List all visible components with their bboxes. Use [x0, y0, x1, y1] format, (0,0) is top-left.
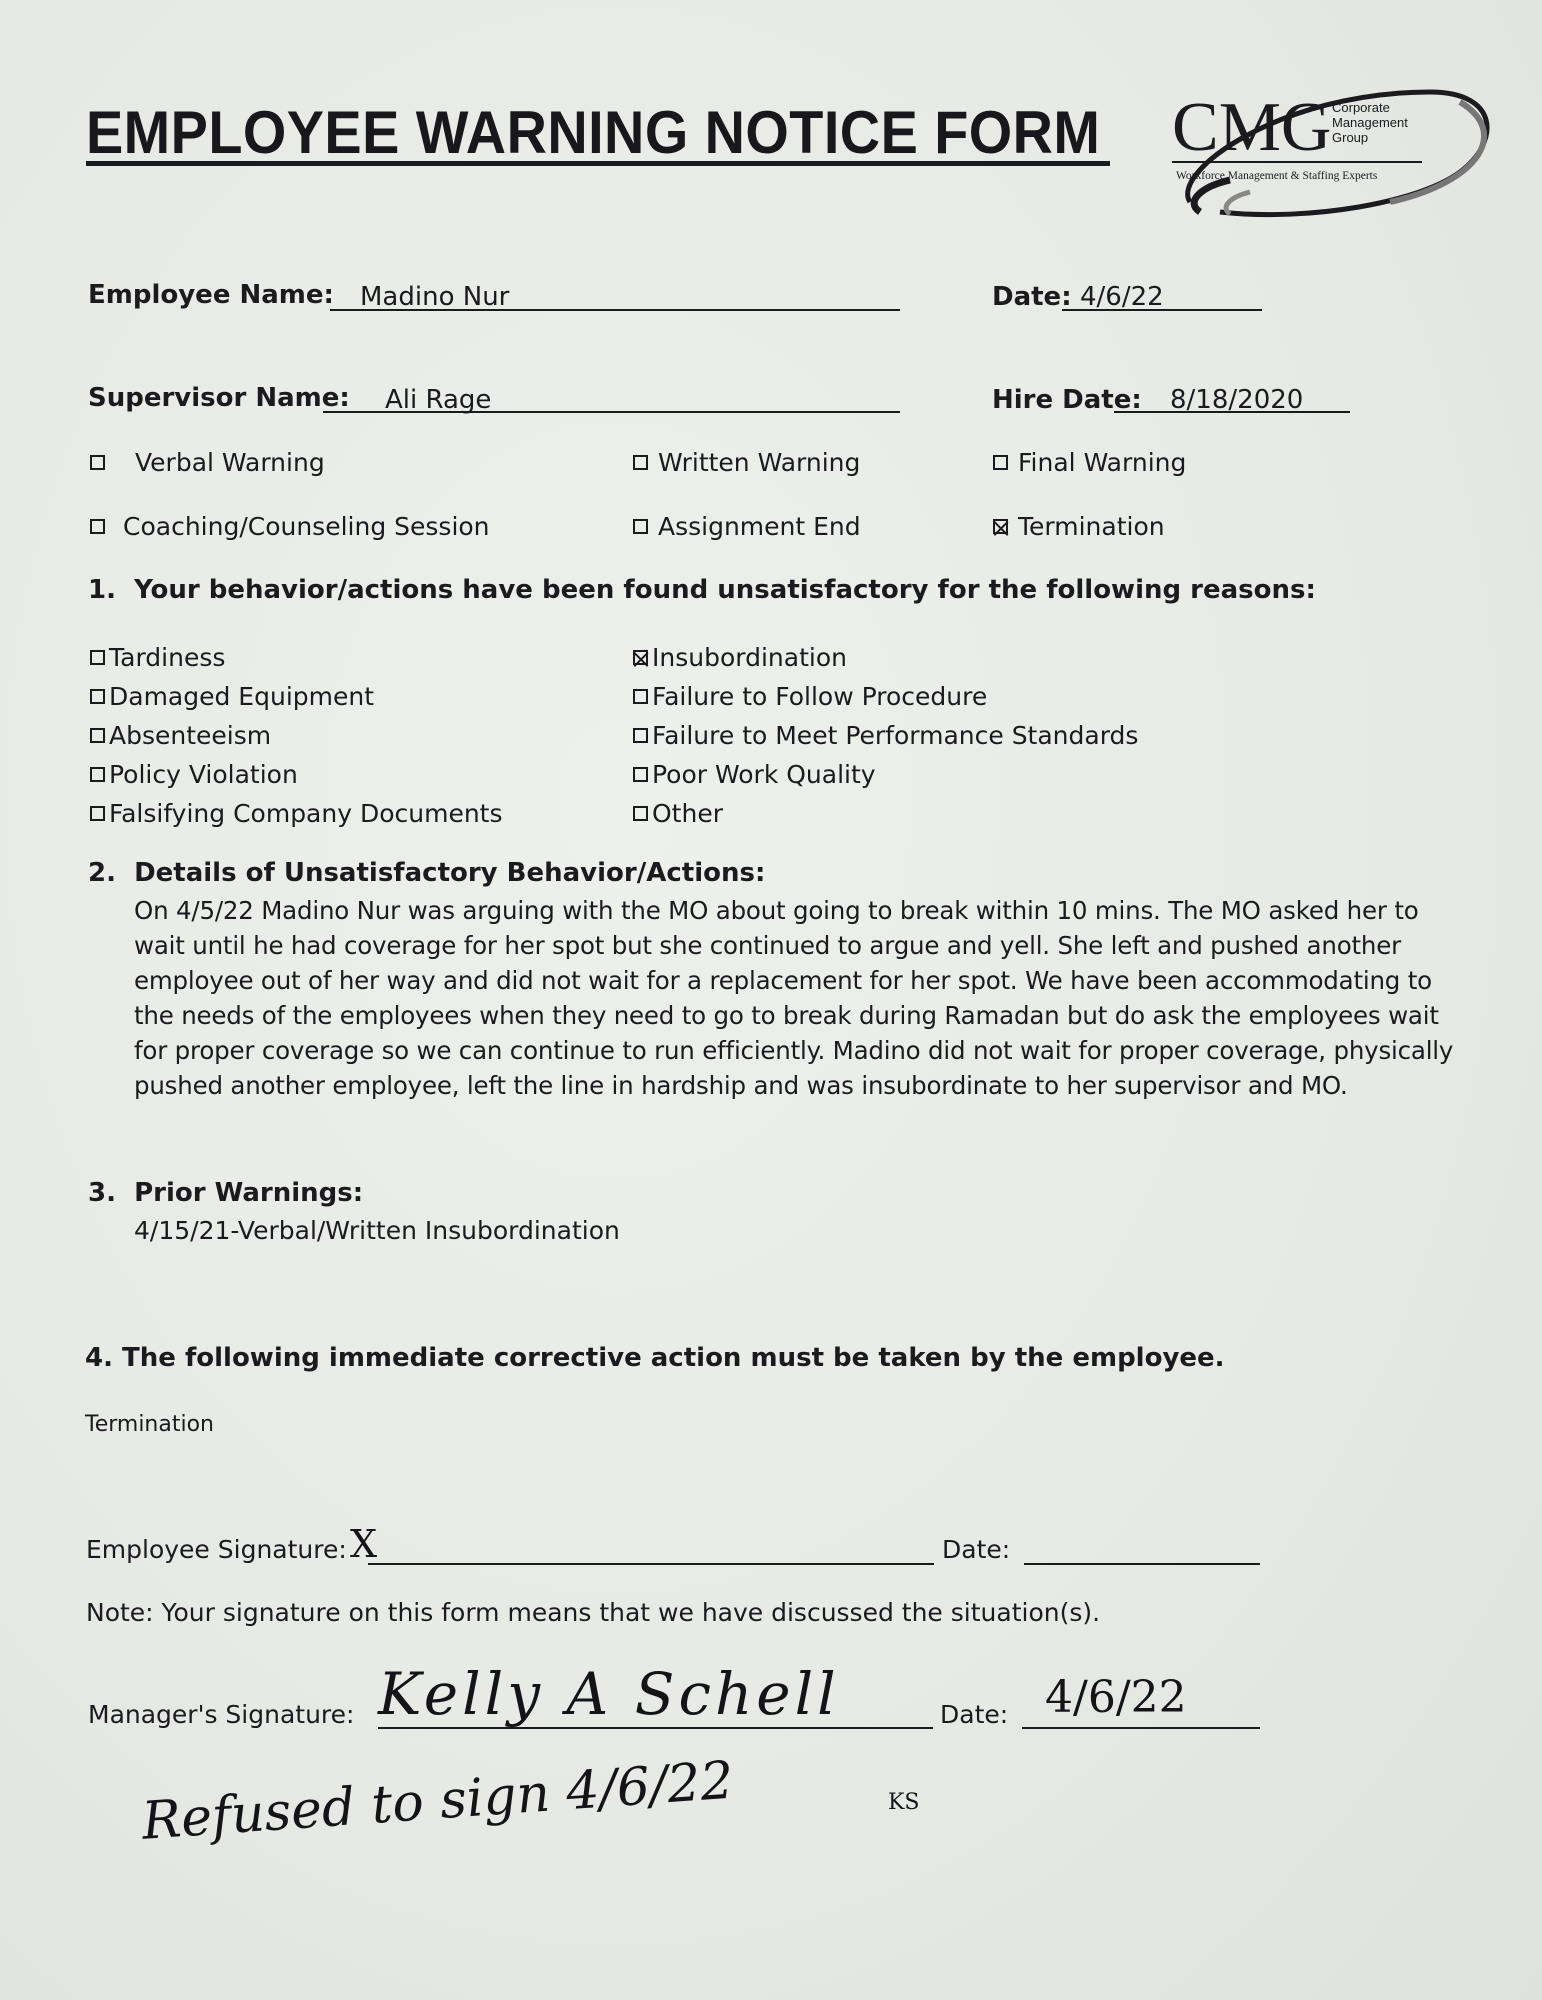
reason-damaged-equipment[interactable]: Damaged Equipment — [90, 677, 503, 716]
reason-falsifying-documents[interactable]: Falsifying Company Documents — [90, 794, 503, 833]
logo-swoosh-icon: CMG Corporate Management Group Workforce… — [1160, 62, 1500, 232]
form-title: EMPLOYEE WARNING NOTICE FORM — [86, 98, 1100, 167]
reason-absenteeism[interactable]: Absenteeism — [90, 716, 503, 755]
prior-warnings-text: 4/15/21-Verbal/Written Insubordination — [134, 1216, 620, 1245]
svg-text:CMG: CMG — [1172, 89, 1331, 166]
reason-tardiness[interactable]: Tardiness — [90, 638, 503, 677]
reasons-right-column: Insubordination Failure to Follow Proced… — [633, 638, 1138, 833]
supervisor-name-value[interactable]: Ali Rage — [385, 385, 491, 415]
employee-signature-x-mark: X — [350, 1522, 377, 1566]
checkbox-icon[interactable] — [633, 767, 648, 782]
cmg-logo: CMG Corporate Management Group Workforce… — [1160, 62, 1500, 232]
employee-name-label: Employee Name: — [88, 280, 334, 310]
checkbox-icon[interactable] — [90, 728, 105, 743]
checkbox-icon[interactable] — [90, 519, 105, 534]
warning-type-assignment-end[interactable]: Assignment End — [633, 512, 861, 541]
signature-note: Note: Your signature on this form means … — [86, 1598, 1100, 1627]
reason-poor-work-quality[interactable]: Poor Work Quality — [633, 755, 1138, 794]
checkbox-icon[interactable] — [633, 728, 648, 743]
supervisor-name-label: Supervisor Name: — [88, 383, 350, 413]
manager-signature-label: Manager's Signature: — [88, 1700, 354, 1729]
reason-insubordination[interactable]: Insubordination — [633, 638, 1138, 677]
date-value[interactable]: 4/6/22 — [1080, 282, 1164, 312]
svg-text:Management: Management — [1332, 115, 1408, 130]
reason-failure-to-follow-procedure[interactable]: Failure to Follow Procedure — [633, 677, 1138, 716]
checkbox-icon[interactable] — [633, 806, 648, 821]
checkbox-icon[interactable] — [633, 689, 648, 704]
employee-signature-line[interactable] — [368, 1563, 934, 1565]
title-underline — [86, 161, 1110, 166]
employee-signature-label: Employee Signature: — [86, 1535, 347, 1564]
warning-type-final[interactable]: Final Warning — [993, 448, 1186, 477]
employee-name-value[interactable]: Madino Nur — [360, 282, 509, 312]
details-text: On 4/5/22 Madino Nur was arguing with th… — [134, 893, 1464, 1103]
checkbox-icon[interactable] — [90, 689, 105, 704]
reason-policy-violation[interactable]: Policy Violation — [90, 755, 503, 794]
checkbox-icon[interactable] — [90, 455, 105, 470]
svg-text:Group: Group — [1332, 130, 1368, 145]
checked-box-icon[interactable] — [993, 519, 1008, 534]
manager-signature-value: Kelly A Schell — [378, 1660, 840, 1728]
checkbox-icon[interactable] — [90, 767, 105, 782]
checkbox-icon[interactable] — [633, 519, 648, 534]
corrective-action-text: Termination — [85, 1412, 214, 1437]
svg-text:Corporate: Corporate — [1332, 100, 1390, 115]
reasons-left-column: Tardiness Damaged Equipment Absenteeism … — [90, 638, 503, 833]
section3-heading: 3. Prior Warnings: — [88, 1178, 363, 1208]
employee-date-label: Date: — [942, 1535, 1010, 1564]
section1-heading: 1. Your behavior/actions have been found… — [88, 575, 1316, 605]
handwritten-refused-note: Refused to sign 4/6/22 — [140, 1751, 735, 1852]
date-label: Date: — [992, 282, 1072, 312]
reason-failure-performance-standards[interactable]: Failure to Meet Performance Standards — [633, 716, 1138, 755]
handwritten-initials: KS — [888, 1790, 920, 1815]
warning-type-termination[interactable]: Termination — [993, 512, 1165, 541]
manager-date-label: Date: — [940, 1700, 1008, 1729]
warning-type-coaching[interactable]: Coaching/Counseling Session — [90, 512, 490, 541]
checked-box-icon[interactable] — [633, 650, 648, 665]
manager-date-value: 4/6/22 — [1045, 1672, 1187, 1723]
reason-other[interactable]: Other — [633, 794, 1138, 833]
checkbox-icon[interactable] — [993, 455, 1008, 470]
hire-date-value[interactable]: 8/18/2020 — [1170, 385, 1303, 415]
warning-type-written[interactable]: Written Warning — [633, 448, 860, 477]
warning-notice-page: EMPLOYEE WARNING NOTICE FORM CMG Corpora… — [0, 0, 1542, 2000]
employee-date-line[interactable] — [1024, 1563, 1260, 1565]
warning-type-verbal[interactable]: Verbal Warning — [90, 448, 325, 477]
checkbox-icon[interactable] — [90, 650, 105, 665]
checkbox-icon[interactable] — [90, 806, 105, 821]
section2-heading: 2. Details of Unsatisfactory Behavior/Ac… — [88, 858, 765, 888]
checkbox-icon[interactable] — [633, 455, 648, 470]
svg-text:Workforce Management & Staffin: Workforce Management & Staffing Experts — [1176, 170, 1378, 182]
section4-heading: 4. The following immediate corrective ac… — [85, 1343, 1225, 1373]
manager-date-line[interactable] — [1022, 1727, 1260, 1729]
